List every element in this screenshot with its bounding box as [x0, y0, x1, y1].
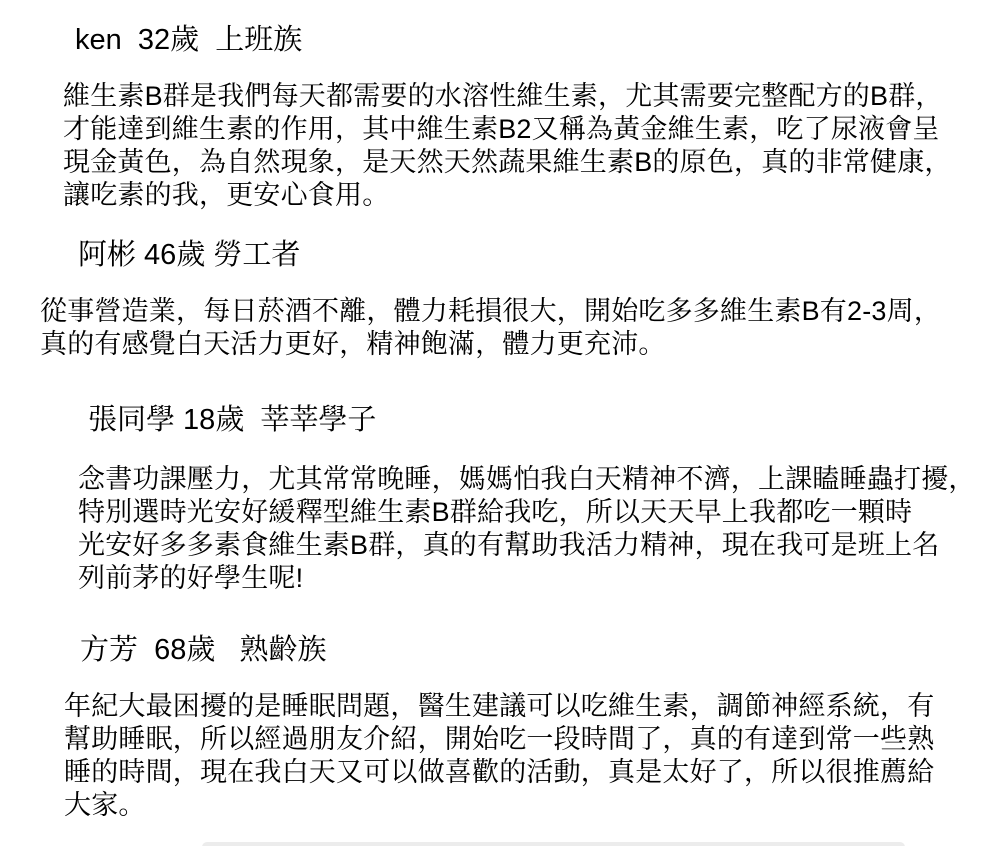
testimonial-paragraph-ken: 維生素B群是我們每天都需要的水溶性維生素，尤其需要完整配方的B群， 才能達到維生…	[63, 80, 952, 212]
testimonial-paragraph-fangfang: 年紀大最困擾的是睡眠問題，醫生建議可以吃維生素，調節神經系統，有 幫助睡眠，所以…	[64, 690, 934, 822]
testimonial-text-line: 光安好多多素食維生素B群，真的有幫助我活力精神，現在我可是班上名	[78, 529, 976, 562]
testimonial-text-line: 列前茅的好學生呢!	[78, 562, 976, 595]
testimonial-text-line: 大家。	[64, 789, 934, 822]
testimonial-heading-ken: ken 32歲 上班族	[75, 22, 302, 58]
testimonial-text-line: 睡的時間，現在我白天又可以做喜歡的活動，真是太好了，所以很推薦給	[64, 756, 934, 789]
testimonial-text-line: 真的有感覺白天活力更好，精神飽滿，體力更充沛。	[40, 328, 941, 361]
testimonial-heading-abin: 阿彬 46歲 勞工者	[78, 237, 300, 273]
bottom-partial-divider	[202, 842, 905, 846]
testimonial-paragraph-abin: 從事營造業，每日菸酒不離，體力耗損很大，開始吃多多維生素B有2-3周， 真的有感…	[40, 295, 941, 361]
testimonial-text-line: 才能達到維生素的作用，其中維生素B2又稱為黃金維生素，吃了尿液會呈	[63, 113, 952, 146]
testimonial-text-line: 特別選時光安好緩釋型維生素B群給我吃，所以天天早上我都吃一顆時	[78, 496, 976, 529]
testimonial-page: ken 32歲 上班族 維生素B群是我們每天都需要的水溶性維生素，尤其需要完整配…	[0, 0, 1000, 846]
testimonial-text-line: 從事營造業，每日菸酒不離，體力耗損很大，開始吃多多維生素B有2-3周，	[40, 295, 941, 328]
testimonial-text-line: 維生素B群是我們每天都需要的水溶性維生素，尤其需要完整配方的B群，	[63, 80, 952, 113]
testimonial-text-line: 念書功課壓力，尤其常常晚睡，媽媽怕我白天精神不濟，上課瞌睡蟲打擾，	[78, 463, 976, 496]
testimonial-paragraph-student-zhang: 念書功課壓力，尤其常常晚睡，媽媽怕我白天精神不濟，上課瞌睡蟲打擾， 特別選時光安…	[78, 463, 976, 595]
testimonial-heading-fangfang: 方芳 68歲 熟齡族	[80, 632, 327, 668]
testimonial-text-line: 幫助睡眠，所以經過朋友介紹，開始吃一段時間了，真的有達到常一些熟	[64, 723, 934, 756]
testimonial-text-line: 讓吃素的我，更安心食用。	[63, 179, 952, 212]
testimonial-text-line: 現金黃色，為自然現象，是天然天然蔬果維生素B的原色，真的非常健康，	[63, 146, 952, 179]
testimonial-text-line: 年紀大最困擾的是睡眠問題，醫生建議可以吃維生素，調節神經系統，有	[64, 690, 934, 723]
testimonial-heading-student-zhang: 張同學 18歲 莘莘學子	[88, 402, 376, 438]
